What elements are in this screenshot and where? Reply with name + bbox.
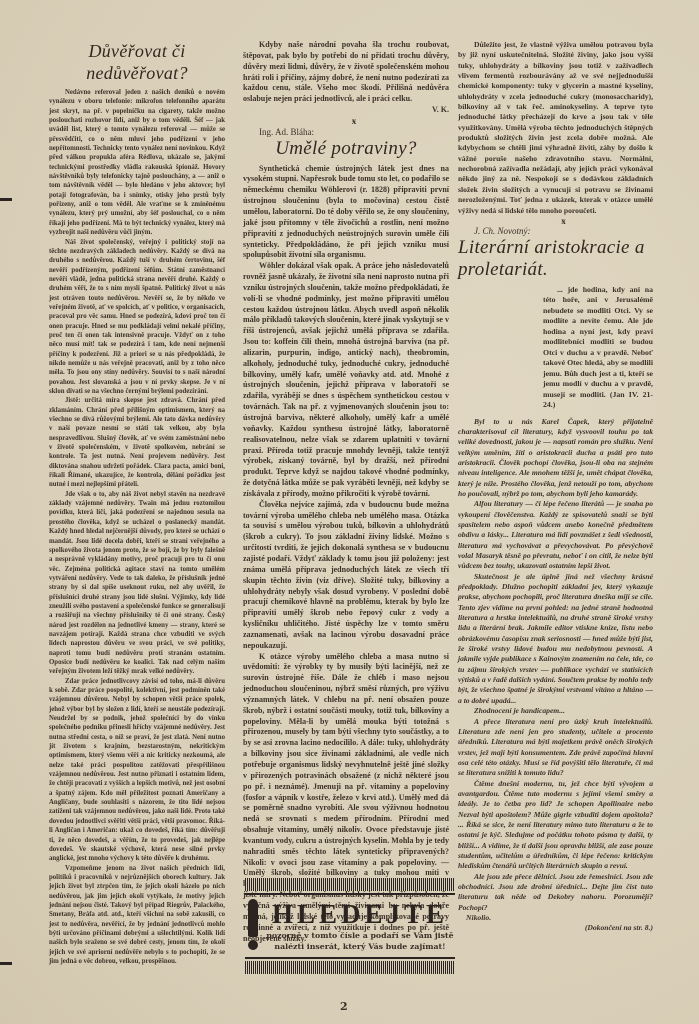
column-middle: Kdyby naše národní povaha šla trochu rou… bbox=[243, 40, 449, 944]
ad-stripe-top bbox=[245, 878, 455, 891]
article-body-literarni: Byl to u nás Karel Čapek, který přijatel… bbox=[458, 417, 653, 934]
article-title-potraviny: Umělé potraviny? bbox=[243, 138, 449, 160]
article-body-potraviny: Synthetická chemie ústrojných látek jest… bbox=[243, 164, 449, 945]
paragraph: Jde však o to, aby náš život nebyl stavě… bbox=[49, 490, 225, 677]
ad-stripe-bottom bbox=[245, 961, 455, 974]
ad-text: pozorně v tomto čísle a podaří se Vám ji… bbox=[265, 930, 455, 952]
article-body-duverovat: Nedávno referoval jeden z našich deníků … bbox=[49, 88, 225, 966]
section-separator: ӿ bbox=[243, 116, 449, 127]
paragraph: Důležito jest, že vlastně výživa umělou … bbox=[458, 40, 653, 216]
continuation-note: (Dokončení na str. 8.) bbox=[458, 923, 653, 933]
ad-headline: HLEDEJTE bbox=[265, 899, 455, 929]
paragraph: Nedávno referoval jeden z našich deníků … bbox=[49, 88, 225, 238]
paragraph: Náš život společenský, veřejný i politic… bbox=[49, 238, 225, 397]
article-title-literarni: Literární aristokracie a proletariát. bbox=[458, 237, 653, 281]
scan-mark bbox=[0, 198, 12, 201]
paragraph: Zdar práce jednotlivcovy závisí od toho,… bbox=[49, 677, 225, 864]
article-signature: Nikolio. bbox=[458, 913, 653, 923]
column-right: Důležito jest, že vlastně výživa umělou … bbox=[458, 40, 653, 934]
epigraph: ... jde hodina, kdy ani na této hoře, an… bbox=[543, 285, 653, 411]
newspaper-page: Důvěřovat či nedůvěřovat? Nedávno refero… bbox=[0, 0, 699, 1024]
article-signature: V. K. bbox=[243, 105, 449, 116]
paragraph: Kdyby naše národní povaha šla trochu rou… bbox=[243, 40, 449, 105]
paragraph: Jistě: určitá míra skepse jest zdravá. C… bbox=[49, 396, 225, 489]
exclamation-icon bbox=[247, 899, 259, 951]
article-byline-blaha: Ing. Ad. Bláha: bbox=[243, 127, 449, 138]
scan-mark bbox=[0, 962, 12, 965]
paragraph: Alfou literatury — či lépe řečeno literá… bbox=[458, 499, 653, 571]
paragraph: A přece literatura není pro úzký kruh in… bbox=[458, 717, 653, 779]
page-number: 2 bbox=[340, 1000, 348, 1013]
article-title-duverovat: Důvěřovat či nedůvěřovat? bbox=[49, 40, 225, 84]
epigraph-text: ... jde hodina, kdy ani na této hoře, an… bbox=[543, 285, 653, 411]
paragraph: Skutečnost je ale úplně jiná než všechny… bbox=[458, 572, 653, 706]
paragraph: Ale jsou zde přece dělníci. Jsou zde řem… bbox=[458, 872, 653, 913]
ad-rule bbox=[245, 957, 455, 959]
article-byline-novotny: J. Ch. Novotný: bbox=[458, 226, 653, 236]
paragraph: Vzpomeňme jenom na život našich předních… bbox=[49, 864, 225, 967]
paragraph: Zhodnocení je handicapem... bbox=[458, 706, 653, 716]
paragraph: Wöhler dokázal však opak. A práce jeho n… bbox=[243, 261, 449, 500]
ad-content: HLEDEJTE pozorně v tomto čísle a podaří … bbox=[245, 897, 455, 955]
paragraph: Člověka nejvíce zajímá, zda v budoucnu b… bbox=[243, 500, 449, 652]
paragraph: Synthetická chemie ústrojných látek jest… bbox=[243, 164, 449, 262]
advertisement-box: HLEDEJTE pozorně v tomto čísle a podaří … bbox=[245, 878, 455, 970]
paragraph: Byl to u nás Karel Čapek, který přijatel… bbox=[458, 417, 653, 500]
section-separator: ӿ bbox=[458, 216, 653, 226]
paragraph: Čtěme dnešní modernu, tu, jež chce býti … bbox=[458, 779, 653, 872]
ad-rule bbox=[245, 893, 455, 895]
column-left: Důvěřovat či nedůvěřovat? Nedávno refero… bbox=[49, 40, 225, 966]
